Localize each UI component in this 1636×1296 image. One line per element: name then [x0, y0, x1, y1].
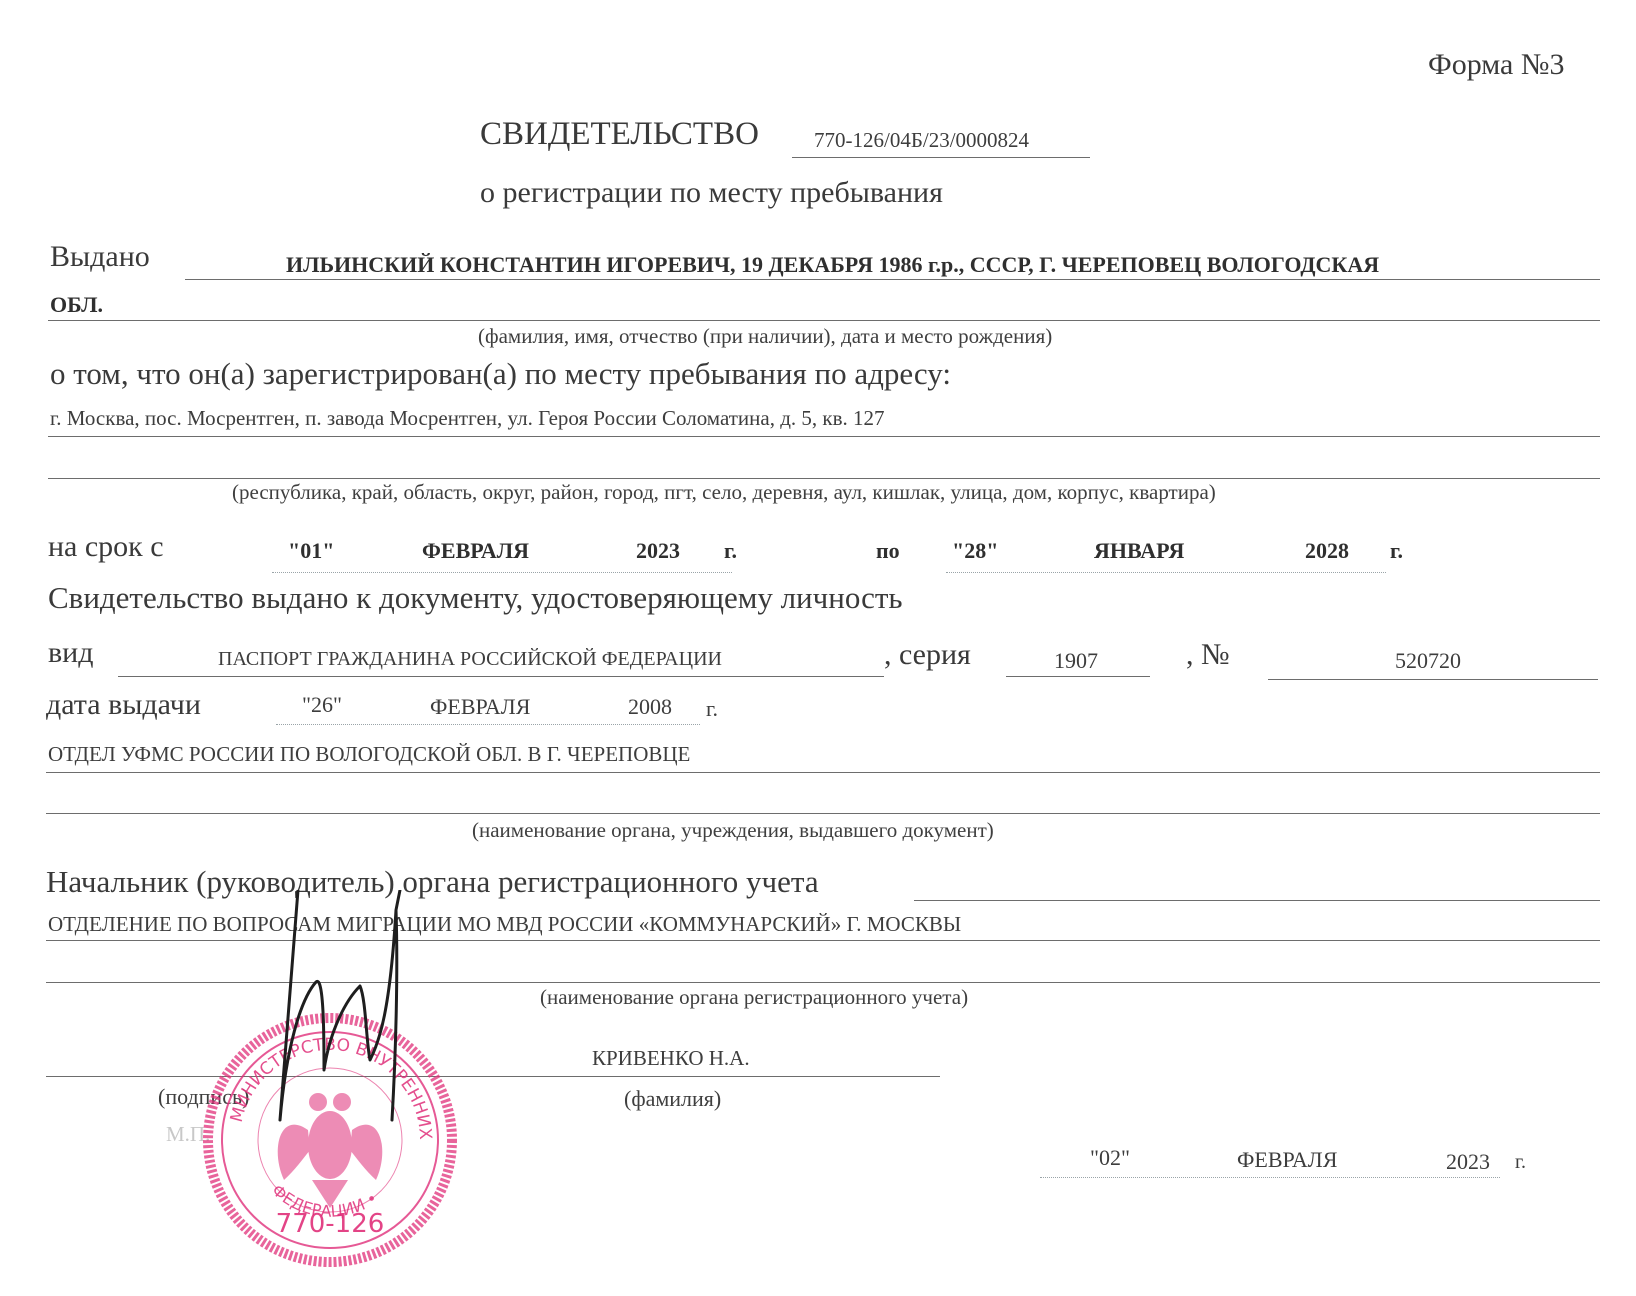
- doc-number-underline: [1268, 679, 1598, 680]
- doc-issuer: ОТДЕЛ УФМС РОССИИ ПО ВОЛОГОДСКОЙ ОБЛ. В …: [48, 742, 690, 767]
- holder-details-line1: ИЛЬИНСКИЙ КОНСТАНТИН ИГОРЕВИЧ, 19 ДЕКАБР…: [286, 252, 1379, 278]
- doc-issuer-underline-2: [46, 813, 1600, 814]
- address-underline-1: [48, 436, 1600, 437]
- period-to-underline: [946, 572, 1386, 573]
- period-to-year-suffix: г.: [1390, 538, 1403, 564]
- period-from-year-suffix: г.: [724, 538, 737, 564]
- authority-head-underline: [914, 900, 1600, 901]
- handwritten-signature-icon: [220, 890, 450, 1130]
- period-label: на срок с: [48, 530, 164, 564]
- address-caption: (республика, край, область, округ, район…: [232, 480, 1216, 505]
- cert-issue-year: 2023: [1446, 1149, 1490, 1175]
- issue-month: ФЕВРАЛЯ: [430, 694, 530, 720]
- svg-text:770-126: 770-126: [276, 1209, 385, 1239]
- holder-underline-2: [48, 320, 1600, 321]
- period-to-month: ЯНВАРЯ: [1094, 538, 1184, 564]
- address-label: о том, что он(а) зарегистрирован(а) по м…: [50, 356, 951, 392]
- cert-issue-day: "02": [1090, 1145, 1130, 1171]
- period-from-underline: [272, 572, 732, 573]
- issued-to-label: Выдано: [50, 240, 150, 274]
- period-to-label: по: [876, 538, 900, 564]
- doc-series-label: , серия: [884, 638, 971, 672]
- address-underline-2: [48, 478, 1600, 479]
- holder-underline-1: [185, 279, 1600, 280]
- issue-year: 2008: [628, 694, 672, 720]
- surname-caption: (фамилия): [624, 1086, 721, 1112]
- form-number: Форма №3: [1428, 48, 1564, 82]
- identity-doc-heading: Свидетельство выдано к документу, удосто…: [48, 580, 903, 616]
- cert-issue-month: ФЕВРАЛЯ: [1237, 1147, 1337, 1173]
- doc-issuer-caption: (наименование органа, учреждения, выдавш…: [472, 818, 994, 843]
- period-to-day: "28": [952, 538, 998, 564]
- issue-day: "26": [302, 692, 342, 718]
- period-from-day: "01": [288, 538, 334, 564]
- cert-issue-date-underline: [1040, 1177, 1500, 1178]
- doc-issuer-underline-1: [46, 772, 1600, 773]
- doc-number-label: , №: [1186, 638, 1230, 672]
- signature-underline: [46, 1076, 940, 1077]
- period-from-month: ФЕВРАЛЯ: [422, 538, 529, 564]
- authority-name: ОТДЕЛЕНИЕ ПО ВОПРОСАМ МИГРАЦИИ МО МВД РО…: [48, 912, 961, 937]
- address-value: г. Москва, пос. Мосрентген, п. завода Мо…: [50, 406, 885, 431]
- doc-series-value: 1907: [1054, 648, 1098, 674]
- issue-date-underline: [276, 724, 700, 725]
- cert-issue-year-suffix: г.: [1515, 1151, 1526, 1174]
- certificate-number: 770-126/04Б/23/0000824: [814, 128, 1029, 153]
- doc-number-value: 520720: [1395, 648, 1461, 674]
- doc-type-underline: [118, 676, 884, 677]
- period-to-year: 2028: [1305, 538, 1349, 564]
- cert-number-underline: [792, 157, 1090, 158]
- issue-date-label: дата выдачи: [46, 688, 201, 722]
- doc-type-label: вид: [48, 636, 93, 670]
- document-subtitle: о регистрации по месту пребывания: [480, 176, 943, 210]
- issue-year-suffix: г.: [706, 696, 718, 722]
- document-title: СВИДЕТЕЛЬСТВО: [480, 116, 759, 153]
- authority-caption: (наименование органа регистрационного уч…: [540, 985, 968, 1010]
- holder-caption: (фамилия, имя, отчество (при наличии), д…: [478, 324, 1052, 349]
- doc-type-value: ПАСПОРТ ГРАЖДАНИНА РОССИЙСКОЙ ФЕДЕРАЦИИ: [218, 648, 722, 671]
- holder-details-line2: ОБЛ.: [50, 292, 103, 318]
- doc-series-underline: [1006, 676, 1150, 677]
- official-surname: КРИВЕНКО Н.А.: [592, 1046, 750, 1071]
- period-from-year: 2023: [636, 538, 680, 564]
